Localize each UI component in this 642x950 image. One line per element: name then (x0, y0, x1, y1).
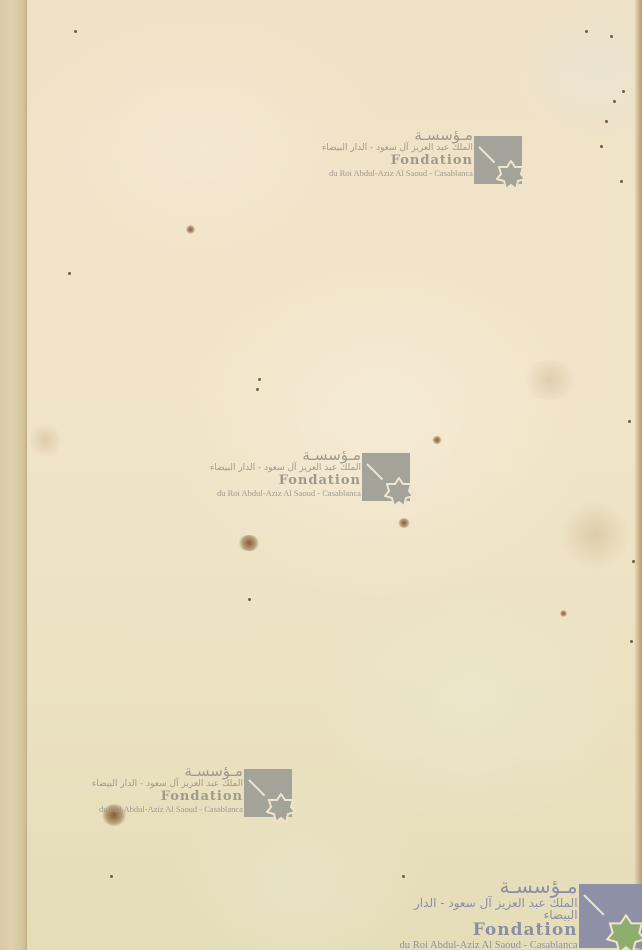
foxing-stain (520, 360, 580, 400)
speck (622, 90, 625, 93)
foxing-stain (560, 500, 630, 570)
octagram-star-icon (384, 477, 414, 507)
speck (248, 598, 251, 601)
watermark-fondation: Fondation (391, 154, 473, 167)
foundation-logo-icon (362, 453, 410, 501)
page-edge (634, 0, 642, 950)
watermark-tagline: du Roi Abdul-Aziz Al Saoud - Casablanca (329, 169, 473, 178)
speck (613, 100, 616, 103)
speck (630, 640, 633, 643)
speck (256, 388, 259, 391)
watermark-tagline: du Roi Abdul-Aziz Al Saoud - Casablanca (400, 941, 578, 950)
watermark-arabic-subtitle: الملك عبد العزيز آل سعود - الدار البيضاء (92, 780, 243, 789)
watermark-fondation: Fondation (279, 474, 361, 487)
watermark-3: مـؤسسـة الملك عبد العزيز آل سعود - الدار… (92, 764, 292, 817)
watermark-tagline: du Roi Abdul-Aziz Al Saoud - Casablanca (217, 489, 361, 498)
watermark-fondation: Fondation (161, 790, 243, 803)
watermark-4: مـؤسسـة الملك عبد العزيز آل سعود - الدار… (378, 876, 642, 950)
watermark-2: مـؤسسـة الملك عبد العزيز آل سعود - الدار… (210, 448, 410, 501)
watermark-1: مـؤسسـة الملك عبد العزيز آل سعود - الدار… (322, 128, 522, 184)
burn-stain (560, 610, 567, 617)
speck (110, 875, 113, 878)
speck (74, 30, 77, 33)
watermark-arabic-subtitle: الملك عبد العزيز آل سعود - الدار البيضاء (210, 464, 361, 473)
speck (620, 180, 623, 183)
watermark-arabic-subtitle: الملك عبد العزيز آل سعود - الدار البيضاء (378, 897, 578, 921)
speck (628, 420, 631, 423)
speck (585, 30, 588, 33)
watermark-arabic-title: مـؤسسـة (302, 448, 361, 463)
octagram-star-icon (266, 793, 296, 823)
watermark-fondation: Fondation (473, 922, 578, 939)
speck (258, 378, 261, 381)
foundation-logo-icon (244, 769, 292, 817)
burn-stain (432, 436, 442, 444)
speck (600, 145, 603, 148)
octagram-star-icon (606, 914, 642, 950)
watermark-tagline: du Roi Abdul-Aziz Al Saoud - Casablanca (99, 805, 243, 814)
speck (68, 272, 71, 275)
foundation-logo-icon (474, 136, 522, 184)
watermark-arabic-subtitle: الملك عبد العزيز آل سعود - الدار البيضاء (322, 144, 473, 153)
speck (605, 120, 608, 123)
foxing-stain (30, 420, 60, 460)
manuscript-page: مـؤسسـة الملك عبد العزيز آل سعود - الدار… (0, 0, 642, 950)
watermark-arabic-title: مـؤسسـة (414, 128, 473, 143)
spine-strip (0, 0, 27, 950)
foundation-logo-icon (579, 884, 642, 948)
watermark-arabic-title: مـؤسسـة (184, 764, 243, 779)
speck (610, 35, 613, 38)
burn-stain (398, 518, 410, 528)
octagram-star-icon (496, 160, 526, 190)
speck (632, 560, 635, 563)
watermark-arabic-title: مـؤسسـة (499, 876, 577, 896)
burn-stain (186, 225, 195, 234)
burn-stain (238, 535, 260, 551)
